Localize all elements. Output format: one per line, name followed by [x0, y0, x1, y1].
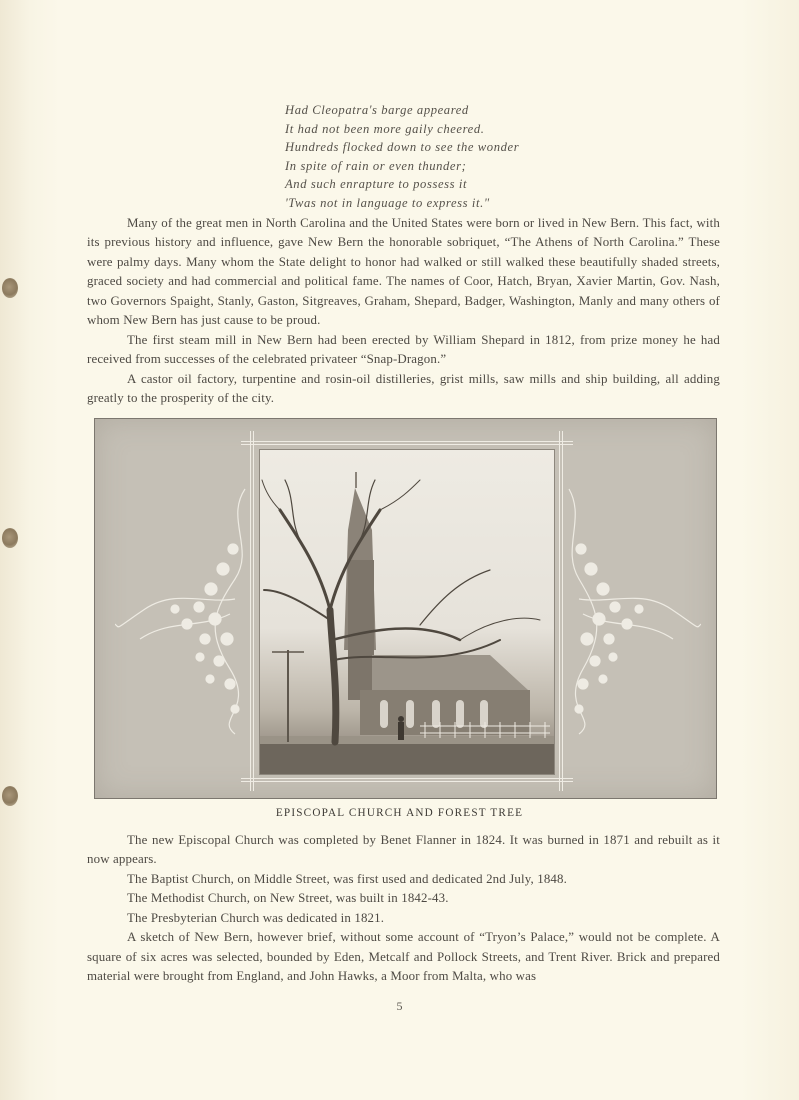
frame-rule	[241, 781, 573, 782]
paragraph: The first steam mill in New Bern had bee…	[87, 331, 720, 370]
floral-vine-left-icon	[115, 479, 255, 739]
poem-line: 'Twas not in language to express it."	[285, 194, 519, 213]
poem-line: Hundreds flocked down to see the wonder	[285, 138, 519, 157]
frame-rule	[241, 444, 573, 445]
body-text-lower: The new Episcopal Church was completed b…	[87, 831, 720, 987]
paragraph: The new Episcopal Church was completed b…	[87, 831, 720, 870]
photo-plate	[94, 418, 717, 799]
paragraph: The Methodist Church, on New Street, was…	[87, 889, 720, 908]
paragraph: The Presbyterian Church was dedicated in…	[87, 909, 720, 928]
binder-hole-top	[2, 278, 18, 298]
church-photograph	[259, 449, 555, 775]
paragraph: A castor oil factory, turpentine and ros…	[87, 370, 720, 409]
page-number: 5	[0, 999, 799, 1014]
figure-caption: EPISCOPAL CHURCH AND FOREST TREE	[0, 807, 799, 819]
paragraph: A sketch of New Bern, however brief, wit…	[87, 928, 720, 986]
paragraph: Many of the great men in North Carolina …	[87, 214, 720, 331]
body-text-upper: Many of the great men in North Carolina …	[87, 214, 720, 409]
poem-line: And such enrapture to possess it	[285, 175, 519, 194]
poem-line: Had Cleopatra's barge appeared	[285, 101, 519, 120]
binder-hole-middle	[2, 528, 18, 548]
frame-rule	[241, 441, 573, 442]
church-scene-icon	[260, 450, 554, 774]
poem-line: In spite of rain or even thunder;	[285, 157, 519, 176]
paragraph: The Baptist Church, on Middle Street, wa…	[87, 870, 720, 889]
binder-hole-bottom	[2, 786, 18, 806]
floral-vine-right-icon	[561, 479, 701, 739]
poem-line: It had not been more gaily cheered.	[285, 120, 519, 139]
frame-rule	[241, 778, 573, 779]
poem-stanza: Had Cleopatra's barge appeared It had no…	[285, 101, 519, 213]
frame-rule	[559, 431, 560, 791]
